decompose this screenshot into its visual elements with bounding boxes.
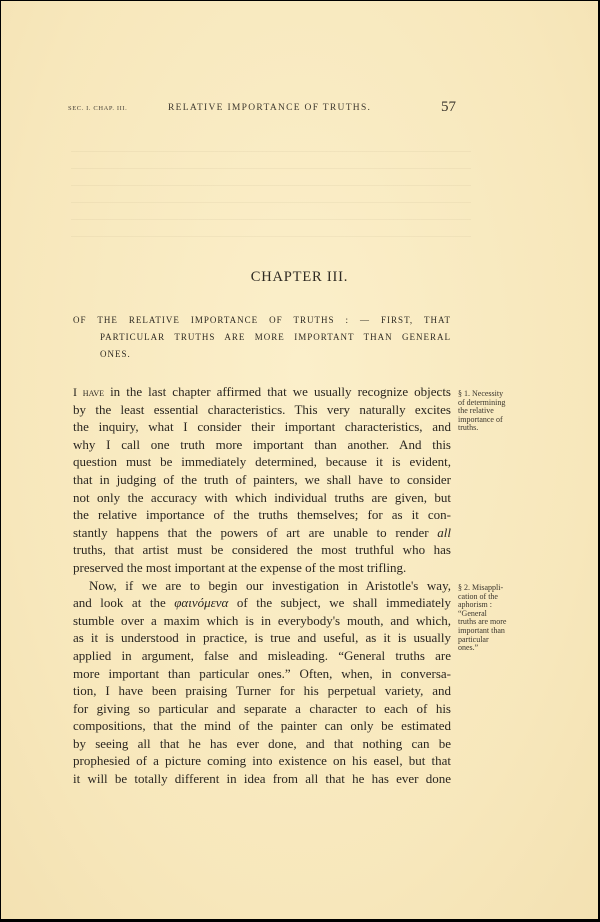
text-line: by the least essential characteristics. … xyxy=(73,401,451,419)
side-note-line: ones.” xyxy=(458,644,524,653)
chapter-subtitle-line: OF THE RELATIVE IMPORTANCE OF TRUTHS : —… xyxy=(73,312,451,329)
running-head-title: RELATIVE IMPORTANCE OF TRUTHS. xyxy=(168,103,371,113)
side-note-1: § 1. Necessity of determining the relati… xyxy=(458,390,524,433)
chapter-subtitle-line: ONES. xyxy=(73,346,451,363)
text-line: prophesied of a picture coming into exis… xyxy=(73,752,451,770)
text-line: that in judging of the truth of painters… xyxy=(73,471,451,489)
text-line: question must be immediately determined,… xyxy=(73,453,451,471)
running-head-section: SEC. I. CHAP. III. xyxy=(68,105,127,112)
text-line: stantly happens that the powers of art a… xyxy=(73,524,451,542)
text-line: preserved the most important at the expe… xyxy=(73,559,451,577)
text-line: stumble over a maxim which is in everybo… xyxy=(73,612,451,630)
book-page: SEC. I. CHAP. III. RELATIVE IMPORTANCE O… xyxy=(1,1,598,919)
text-line: applied in argument, false and misleadin… xyxy=(73,647,451,665)
text-line: truths, that artist must be considered t… xyxy=(73,541,451,559)
text-line: why I call one truth more important than… xyxy=(73,436,451,454)
chapter-title: CHAPTER III. xyxy=(1,269,598,286)
chapter-subtitle: OF THE RELATIVE IMPORTANCE OF TRUTHS : —… xyxy=(73,312,451,363)
page-number: 57 xyxy=(441,99,456,116)
text-line: it will be totally different in idea fro… xyxy=(73,770,451,788)
text-line: and look at the φαινόμενα of the subject… xyxy=(73,594,451,612)
text-line: I have in the last chapter affirmed that… xyxy=(73,383,451,401)
body-text: I have in the last chapter affirmed that… xyxy=(73,383,451,788)
text-line: compositions, that the mind of the paint… xyxy=(73,717,451,735)
greek-word: φαινόμενα xyxy=(174,595,228,610)
text-line: not only the accuracy with which individ… xyxy=(73,489,451,507)
text-line: more important than particular ones.” Of… xyxy=(73,665,451,683)
text-line: for giving so particular and separate a … xyxy=(73,700,451,718)
text-line: the relative importance of the truths th… xyxy=(73,506,451,524)
drop-words: I have xyxy=(73,385,104,399)
show-through-text xyxy=(71,151,471,251)
running-head: SEC. I. CHAP. III. RELATIVE IMPORTANCE O… xyxy=(68,102,456,118)
text-line: Now, if we are to begin our investigatio… xyxy=(73,577,451,595)
text-line: as it is understood in practice, is true… xyxy=(73,629,451,647)
side-note-2: § 2. Misappli- cation of the aphorism : … xyxy=(458,584,524,653)
italic-word: all xyxy=(437,525,451,540)
text-line: tion, I have been praising Turner for hi… xyxy=(73,682,451,700)
text-line: the inquiry, what I consider their impor… xyxy=(73,418,451,436)
side-note-line: truths. xyxy=(458,424,524,433)
chapter-subtitle-line: PARTICULAR TRUTHS ARE MORE IMPORTANT THA… xyxy=(73,329,451,346)
text-line: by seeing all that he has ever done, and… xyxy=(73,735,451,753)
